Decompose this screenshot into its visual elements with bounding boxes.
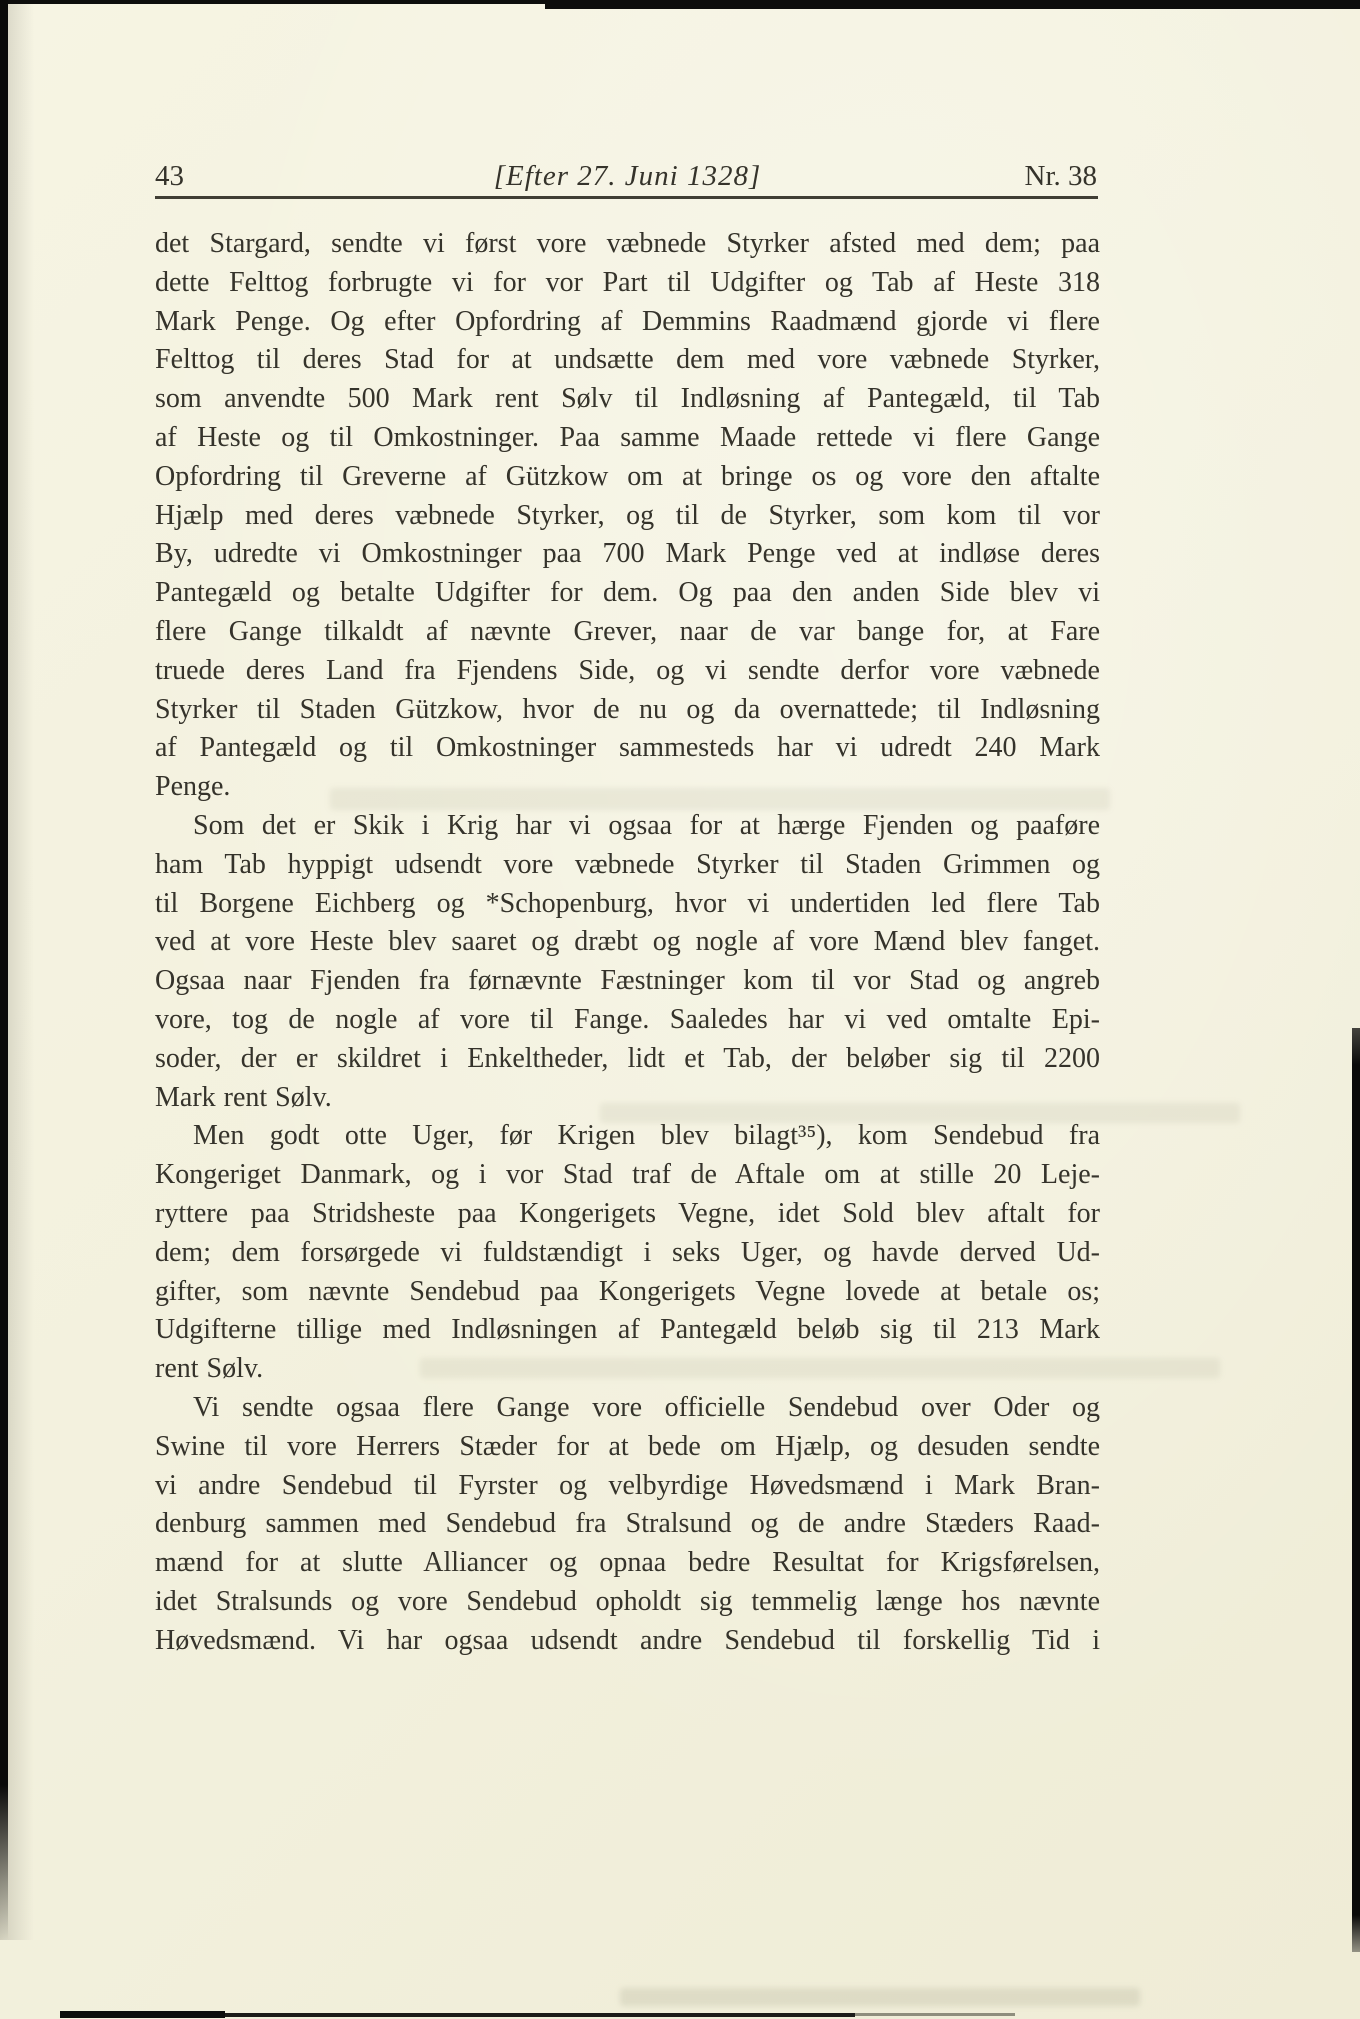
text-line: ved at vore Heste blev saaret og dræbt o… xyxy=(155,923,1100,962)
text-line: soder, der er skildret i Enkeltheder, li… xyxy=(155,1040,1100,1079)
text-line: dem; dem forsørgede vi fuldstændigt i se… xyxy=(155,1234,1100,1273)
text-line: vore, tog de nogle af vore til Fange. Sa… xyxy=(155,1001,1100,1040)
text-line: til Borgene Eichberg og *Schopenburg, hv… xyxy=(155,885,1100,924)
scan-edge-bottom-faint xyxy=(855,2013,1015,2016)
text-line: Ogsaa naar Fjenden fra førnævnte Fæstnin… xyxy=(155,962,1100,1001)
text-line: af Pantegæld og til Omkostninger sammest… xyxy=(155,729,1100,768)
scan-edge-bottom-mid xyxy=(225,2013,855,2017)
text-line: Udgifterne tillige med Indløsningen af P… xyxy=(155,1311,1100,1350)
text-line: mænd for at slutte Alliancer og opnaa be… xyxy=(155,1544,1100,1583)
text-line: ryttere paa Stridsheste paa Kongerigets … xyxy=(155,1195,1100,1234)
text-line: Styrker til Staden Gützkow, hvor de nu o… xyxy=(155,691,1100,730)
text-line: ham Tab hyppigt udsendt vore væbnede Sty… xyxy=(155,846,1100,885)
text-line: denburg sammen med Sendebud fra Stralsun… xyxy=(155,1505,1100,1544)
scan-edge-top-right xyxy=(545,0,1360,9)
text-line: Mark rent Sølv. xyxy=(155,1079,1100,1118)
text-line: truede deres Land fra Fjendens Side, og … xyxy=(155,652,1100,691)
text-line: By, udredte vi Omkostninger paa 700 Mark… xyxy=(155,535,1100,574)
show-through-smudge xyxy=(620,1988,1140,2006)
text-line: rent Sølv. xyxy=(155,1350,1100,1389)
text-line: vi andre Sendebud til Fyrster og velbyrd… xyxy=(155,1467,1100,1506)
document-number: Nr. 38 xyxy=(1025,160,1098,193)
text-line: flere Gange tilkaldt af nævnte Grever, n… xyxy=(155,613,1100,652)
page-number: 43 xyxy=(155,160,184,193)
text-line: Høvedsmænd. Vi har ogsaa udsendt andre S… xyxy=(155,1622,1100,1661)
text-line: Som det er Skik i Krig har vi ogsaa for … xyxy=(155,807,1100,846)
text-line: dette Felttog forbrugte vi for vor Part … xyxy=(155,264,1100,303)
header-date-title: [Efter 27. Juni 1328] xyxy=(494,160,762,193)
text-line: Felttog til deres Stad for at undsætte d… xyxy=(155,341,1100,380)
text-line: Opfordring til Greverne af Gützkow om at… xyxy=(155,458,1100,497)
text-line: Men godt otte Uger, før Krigen blev bila… xyxy=(155,1117,1100,1156)
scan-edge-left xyxy=(0,0,8,1940)
text-line: af Heste og til Omkostninger. Paa samme … xyxy=(155,419,1100,458)
text-line: Mark Penge. Og efter Opfordring af Demmi… xyxy=(155,303,1100,342)
scan-edge-right xyxy=(1352,1028,1360,1952)
text-line: Penge. xyxy=(155,768,1100,807)
text-line: Hjælp med deres væbnede Styrker, og til … xyxy=(155,497,1100,536)
text-line: Kongeriget Danmark, og i vor Stad traf d… xyxy=(155,1156,1100,1195)
document-body-text: det Stargard, sendte vi først vore væbne… xyxy=(155,225,1100,1660)
text-line: som anvendte 500 Mark rent Sølv til Indl… xyxy=(155,380,1100,419)
header-rule xyxy=(155,196,1098,199)
text-line: gifter, som nævnte Sendebud paa Kongerig… xyxy=(155,1273,1100,1312)
text-line: Swine til vore Herrers Stæder for at bed… xyxy=(155,1428,1100,1467)
page-header: 43 [Efter 27. Juni 1328] Nr. 38 xyxy=(155,160,1100,196)
text-line: idet Stralsunds og vore Sendebud opholdt… xyxy=(155,1583,1100,1622)
scan-edge-bottom xyxy=(60,2011,225,2018)
scanned-book-page: 43 [Efter 27. Juni 1328] Nr. 38 det Star… xyxy=(0,0,1360,2019)
text-line: Pantegæld og betalte Udgifter for dem. O… xyxy=(155,574,1100,613)
text-line: det Stargard, sendte vi først vore væbne… xyxy=(155,225,1100,264)
text-line: Vi sendte ogsaa flere Gange vore officie… xyxy=(155,1389,1100,1428)
